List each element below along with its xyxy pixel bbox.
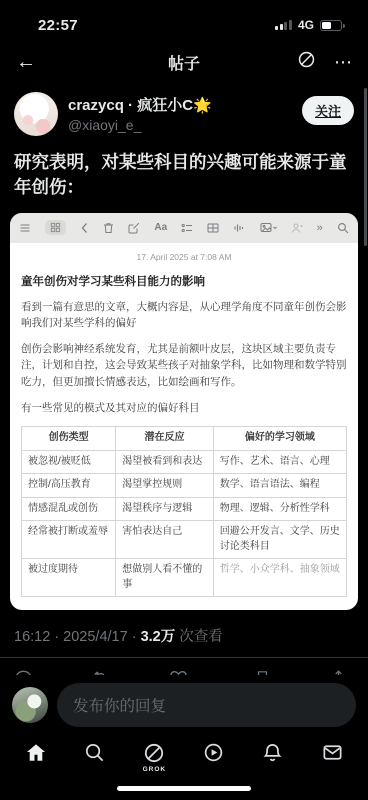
author-handle[interactable]: @xiaoyi_e_ (68, 117, 292, 133)
scrollbar[interactable] (364, 88, 367, 246)
table-row: 被忽视/被贬低渴望被看到和表达写作、艺术、语言、心理 (22, 450, 347, 474)
table-header: 创伤类型 (22, 427, 116, 451)
post-meta: 16:12 · 2025/4/17 · 3.2万 次查看 (0, 625, 368, 646)
table-row: 经常被打断或羞辱害怕表达自己回避公开发言、文学、历史讨论类科目 (22, 521, 347, 559)
note-paragraph: 创伤会影响神经系统发育，尤其是前额叶皮层，这块区域主要负责专注，计划和自控，这会… (21, 341, 347, 390)
post-timestamp: 16:12 · 2025/4/17 · (14, 629, 141, 645)
table-header: 偏好的学习领域 (213, 427, 346, 451)
play-icon (202, 741, 225, 764)
search-icon (337, 222, 349, 234)
grok-icon[interactable] (297, 50, 316, 74)
table-icon (207, 222, 219, 234)
format-icon: Aa (154, 222, 167, 233)
tab-grok[interactable]: GROK (134, 741, 174, 773)
signal-icon (275, 20, 292, 30)
home-indicator[interactable] (117, 786, 251, 791)
trash-icon (103, 222, 114, 234)
gallery-view-icon (45, 220, 66, 235)
author-name[interactable]: crazycq · 疯狂小C🌟 (68, 94, 292, 115)
tab-video[interactable] (194, 741, 234, 764)
grok-label: GROK (143, 766, 167, 773)
tab-messages[interactable] (312, 741, 352, 764)
sidebar-icon (19, 222, 31, 234)
table-row: 情感混乱或创伤渴望秩序与逻辑物理、逻辑、分析性学科 (22, 497, 347, 521)
audio-waveform-icon (233, 222, 245, 234)
photo-icon (260, 222, 277, 234)
mail-icon (321, 741, 344, 764)
notes-toolbar: Aa » (10, 213, 358, 243)
more-icon[interactable]: ⋯ (334, 53, 352, 71)
clock: 22:57 (38, 17, 78, 34)
navbar: ← 帖子 ⋯ (0, 40, 368, 84)
table-row: 控制/高压教育渴望掌控规则数学、语言语法、编程 (22, 474, 347, 498)
trauma-table: 创伤类型 潜在反应 偏好的学习领域 被忽视/被贬低渴望被看到和表达写作、艺术、语… (21, 426, 347, 597)
note-paragraph: 看到一篇有意思的文章，大概内容是，从心理学角度不同童年创伤会影响我们对某些学科的… (21, 299, 347, 332)
post-text: 研究表明，对某些科目的兴趣可能来源于童年创伤： (0, 150, 368, 200)
tab-bar: GROK (0, 734, 368, 773)
reply-input[interactable]: 发布你的回复 (57, 683, 356, 727)
battery-icon (320, 20, 342, 31)
bottom-bar: 发布你的回复 GROK (0, 675, 368, 800)
post-header: crazycq · 疯狂小C🌟 @xiaoyi_e_ 关注 (0, 84, 368, 136)
tab-search[interactable] (75, 741, 115, 764)
collaborate-icon (291, 222, 303, 234)
tab-home[interactable] (16, 741, 56, 765)
tab-notifications[interactable] (253, 741, 293, 764)
grok-icon (142, 741, 166, 765)
avatar[interactable] (14, 92, 58, 136)
back-icon[interactable]: ← (16, 51, 44, 74)
views-label: 次查看 (175, 629, 223, 645)
reply-composer[interactable]: 发布你的回复 (0, 675, 368, 734)
network-type: 4G (298, 18, 314, 32)
bell-icon (261, 741, 284, 764)
compose-icon (128, 222, 140, 234)
back-chevron-icon (80, 222, 89, 234)
table-header: 潜在反应 (116, 427, 214, 451)
table-row: 被过度期待想做别人看不懂的事哲学、小众学科、抽象领域 (22, 559, 347, 597)
toolbar-more-icon: » (317, 222, 323, 234)
search-icon (83, 741, 106, 764)
avatar (12, 687, 48, 723)
post-image[interactable]: Aa » 17. April 2025 at 7:08 AM 童年创伤对学习某些… (10, 213, 358, 611)
note-date: 17. April 2025 at 7:08 AM (21, 252, 347, 262)
view-count: 3.2万 (141, 629, 176, 645)
home-icon (24, 741, 48, 765)
follow-button[interactable]: 关注 (302, 96, 354, 125)
status-bar: 22:57 4G (0, 0, 368, 40)
note-paragraph: 有一些常见的模式及其对应的偏好科目 (21, 400, 347, 416)
note-title: 童年创伤对学习某些科目能力的影响 (21, 273, 347, 289)
checklist-icon (181, 222, 193, 234)
